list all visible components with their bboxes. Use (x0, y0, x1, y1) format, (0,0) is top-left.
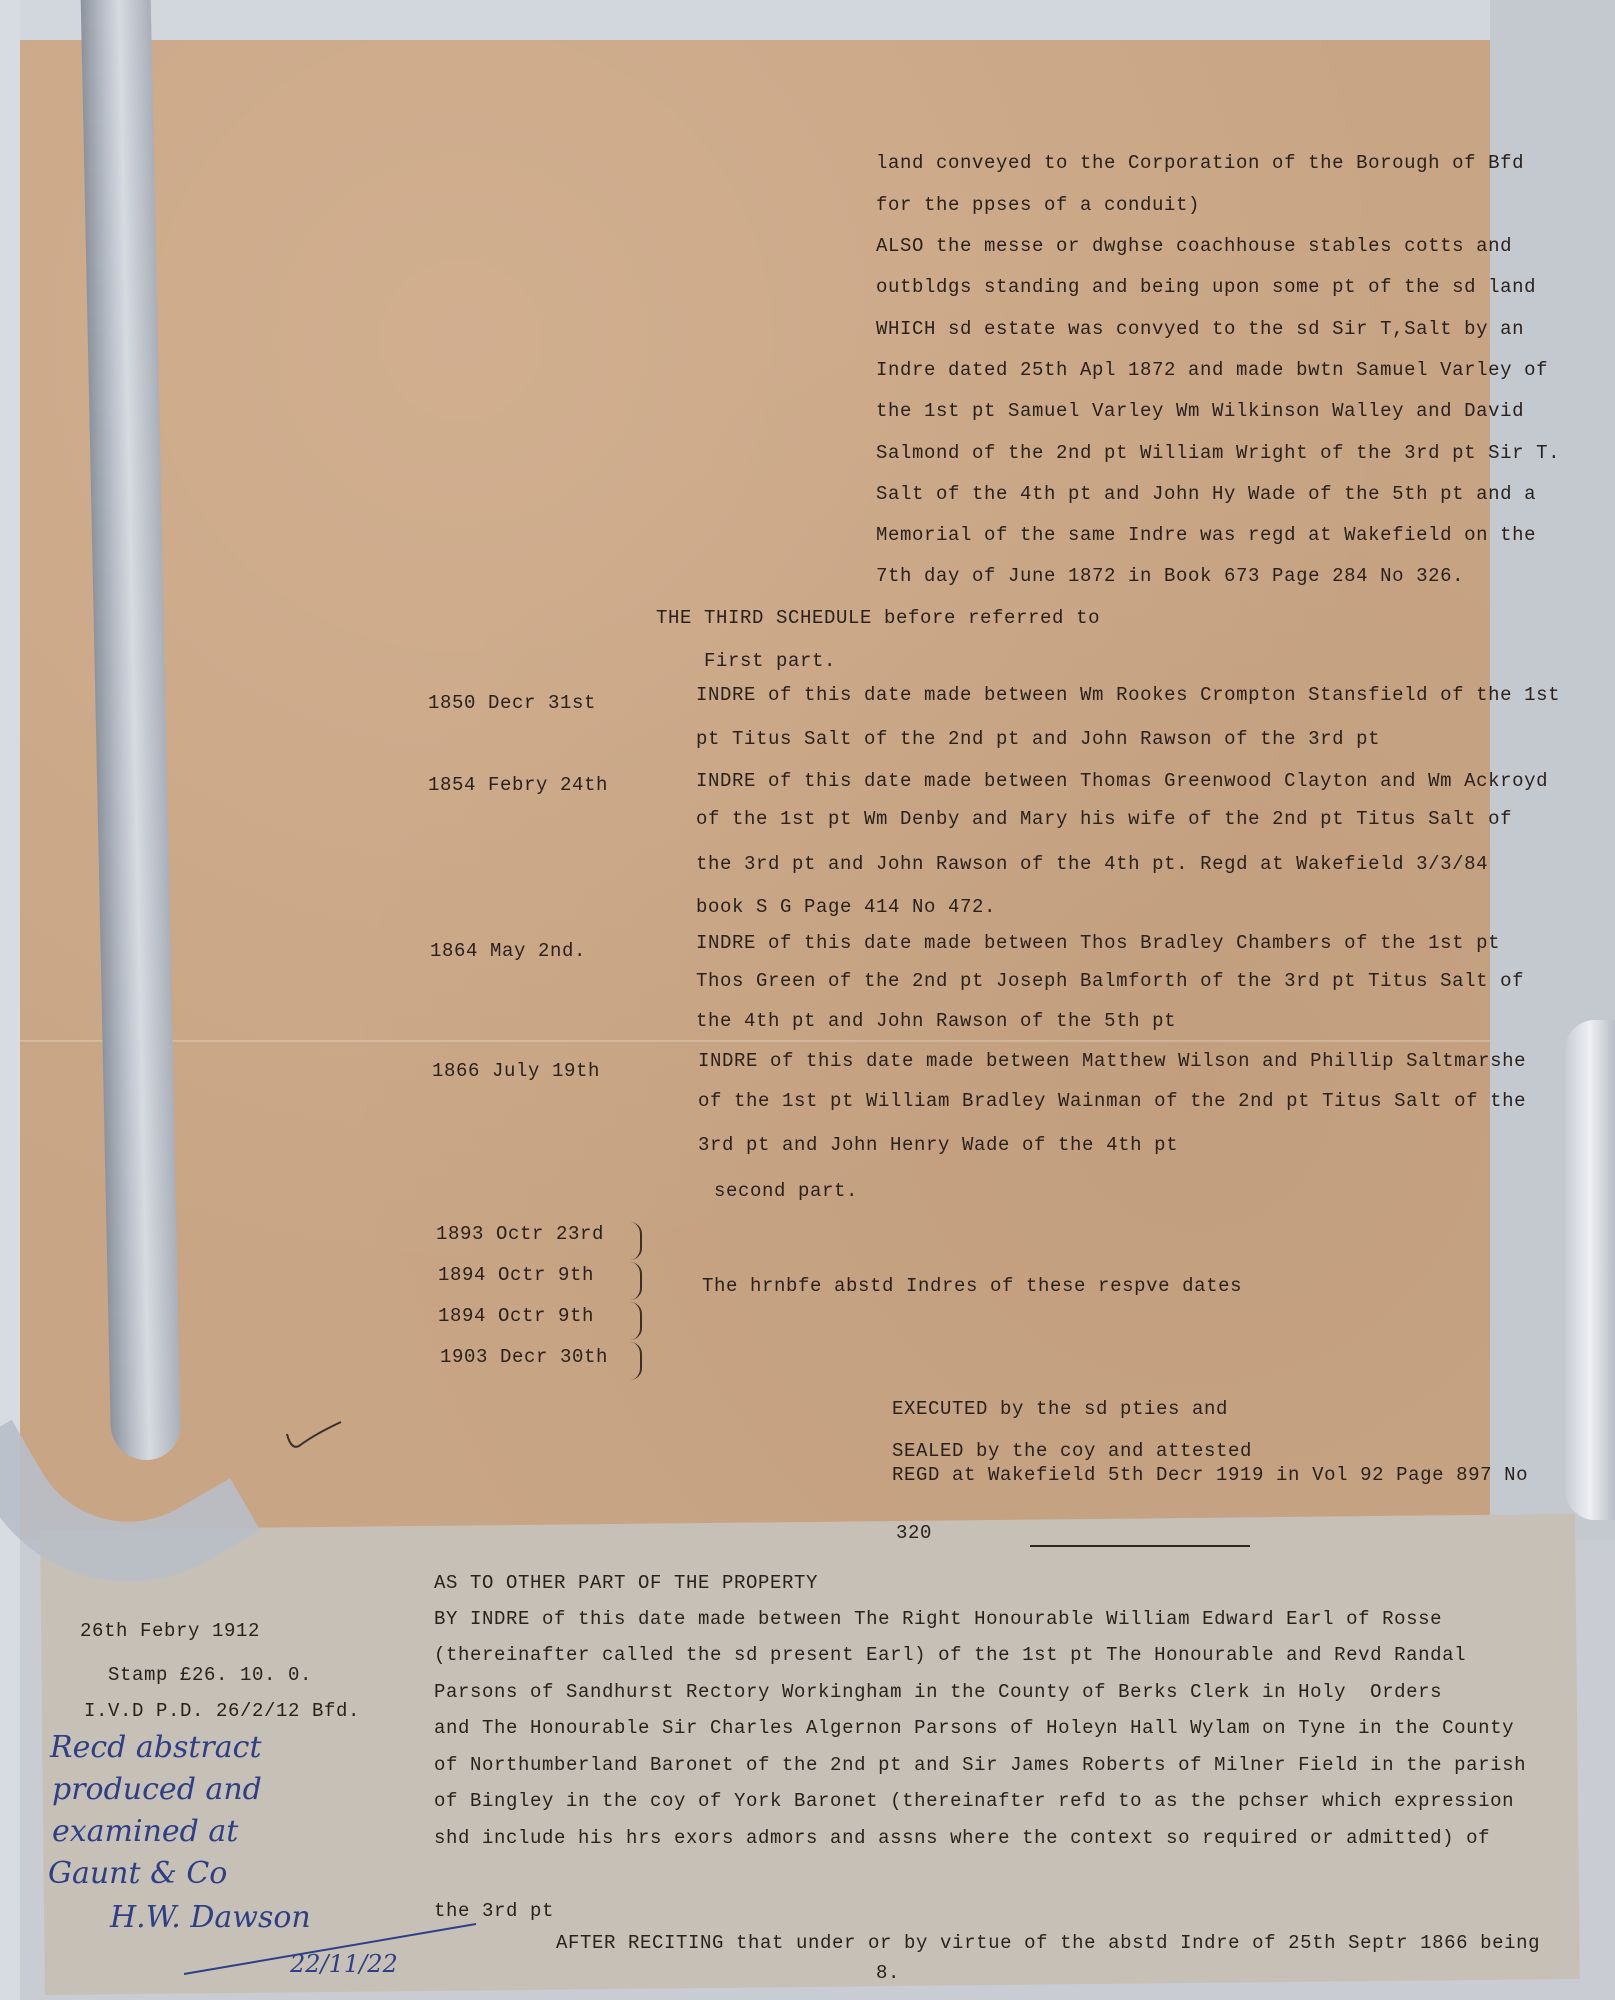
text-line: land conveyed to the Corporation of the … (876, 152, 1524, 174)
margin-ivd: I.V.D P.D. 26/2/12 Bfd. (84, 1700, 360, 1722)
entry-line: the 4th pt and John Rawson of the 5th pt (696, 1010, 1176, 1032)
text-line: the 3rd pt (434, 1900, 554, 1922)
text-line: the 1st pt Samuel Varley Wm Wilkinson Wa… (876, 400, 1524, 422)
entry-line: INDRE of this date made between Wm Rooke… (696, 684, 1560, 706)
entry-date: 1866 July 19th (432, 1060, 600, 1082)
text-line: Indre dated 25th Apl 1872 and made bwtn … (876, 359, 1548, 381)
entry-line: INDRE of this date made between Matthew … (698, 1050, 1526, 1072)
entry-line: of the 1st pt Wm Denby and Mary his wife… (696, 808, 1512, 830)
text-line: of Northumberland Baronet of the 2nd pt … (434, 1754, 1526, 1776)
entry-line: INDRE of this date made between Thomas G… (696, 770, 1548, 792)
text-line: outbldgs standing and being upon some pt… (876, 276, 1536, 298)
text-line: Salmond of the 2nd pt William Wright of … (876, 442, 1560, 464)
entry-line: 3rd pt and John Henry Wade of the 4th pt (698, 1134, 1178, 1156)
text-line: Parsons of Sandhurst Rectory Workingham … (434, 1681, 1442, 1703)
text-line: Memorial of the same Indre was regd at W… (876, 524, 1536, 546)
handwritten-note: Recd abstract produced and examined at G… (40, 1720, 440, 1990)
handwritten-line: examined at (52, 1814, 238, 1849)
text-line: Salt of the 4th pt and John Hy Wade of t… (876, 483, 1536, 505)
signature-underline (180, 1920, 480, 1980)
text-line: BY INDRE of this date made between The R… (434, 1608, 1442, 1630)
check-mark-icon (285, 1420, 345, 1460)
text-line: shd include his hrs exors admors and ass… (434, 1827, 1490, 1849)
ribbon-tie-right (1565, 1020, 1615, 1520)
entry-date: 1864 May 2nd. (430, 940, 586, 962)
entry-line: the 3rd pt and John Rawson of the 4th pt… (696, 853, 1488, 875)
margin-stamp: Stamp £26. 10. 0. (108, 1664, 312, 1686)
text-line: and The Honourable Sir Charles Algernon … (434, 1717, 1514, 1739)
entry-date: 1894 Octr 9th (438, 1264, 594, 1286)
text-line: 7th day of June 1872 in Book 673 Page 28… (876, 565, 1464, 587)
brace-mark (628, 1262, 642, 1300)
text-line: for the ppses of a conduit) (876, 194, 1200, 216)
handwritten-line: produced and (52, 1772, 262, 1807)
entry-line: pt Titus Salt of the 2nd pt and John Raw… (696, 728, 1380, 750)
frame-top-edge (0, 0, 1615, 40)
text-line: (thereinafter called the sd present Earl… (434, 1644, 1466, 1666)
handwritten-line: Recd abstract (50, 1730, 262, 1765)
entry-line: INDRE of this date made between Thos Bra… (696, 932, 1500, 954)
handwritten-line: Gaunt & Co (48, 1856, 227, 1891)
page-number: 8. (876, 1962, 900, 1984)
brace-mark (628, 1302, 642, 1340)
text-line: SEALED by the coy and attested (892, 1440, 1252, 1462)
first-part-label: First part. (704, 650, 836, 672)
text-line: EXECUTED by the sd pties and (892, 1398, 1228, 1420)
bottom-heading: AS TO OTHER PART OF THE PROPERTY (434, 1572, 818, 1594)
frame-left-edge (0, 0, 20, 2000)
text-line: REGD at Wakefield 5th Decr 1919 in Vol 9… (892, 1464, 1528, 1486)
text-line: 320 (896, 1522, 932, 1544)
entry-date: 1894 Octr 9th (438, 1305, 594, 1327)
schedule-heading: THE THIRD SCHEDULE before referred to (656, 607, 1100, 629)
entry-date: 1854 Febry 24th (428, 774, 608, 796)
second-part-text: The hrnbfe abstd Indres of these respve … (702, 1275, 1242, 1297)
margin-date: 26th Febry 1912 (80, 1620, 260, 1642)
second-part-label: second part. (714, 1180, 858, 1202)
entry-date: 1893 Octr 23rd (436, 1223, 604, 1245)
entry-date: 1903 Decr 30th (440, 1346, 608, 1368)
text-line: of Bingley in the coy of York Baronet (t… (434, 1790, 1514, 1812)
entry-line: book S G Page 414 No 472. (696, 896, 996, 918)
entry-date: 1850 Decr 31st (428, 692, 596, 714)
horizontal-rule (1030, 1545, 1250, 1547)
after-reciting-line: AFTER RECITING that under or by virtue o… (556, 1932, 1540, 1954)
brace-mark (628, 1342, 642, 1380)
entry-line: of the 1st pt William Bradley Wainman of… (698, 1090, 1526, 1112)
entry-line: Thos Green of the 2nd pt Joseph Balmfort… (696, 970, 1524, 992)
brace-mark (628, 1222, 642, 1260)
text-line: ALSO the messe or dwghse coachhouse stab… (876, 235, 1512, 257)
text-line: WHICH sd estate was convyed to the sd Si… (876, 318, 1524, 340)
